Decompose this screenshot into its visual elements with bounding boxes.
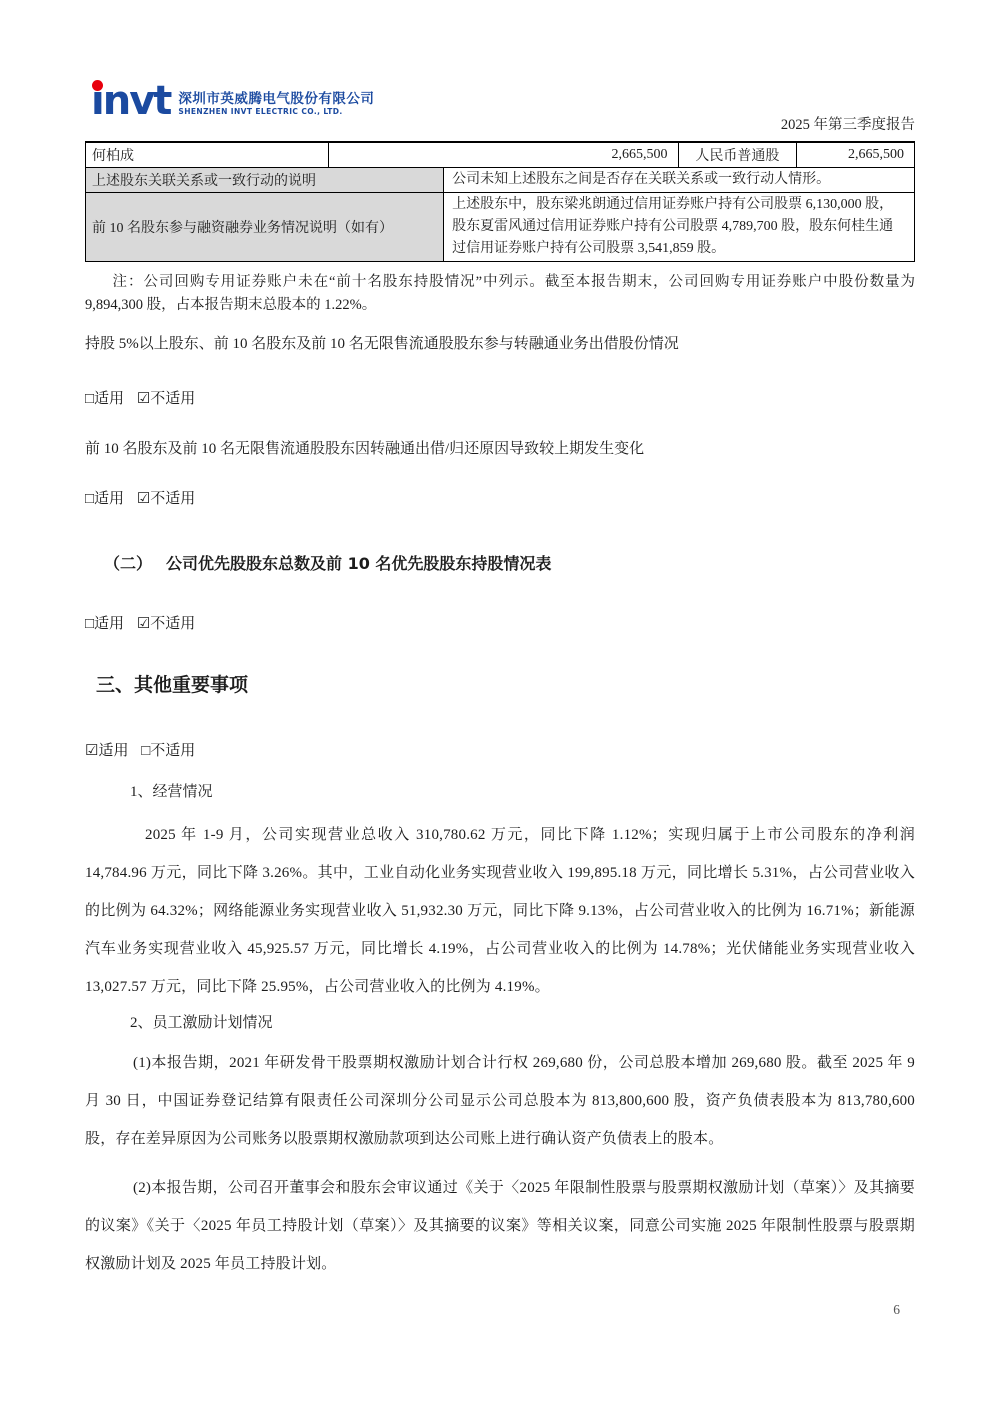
checkbox-not-apply-unchecked: □不适用 — [141, 743, 195, 759]
company-name-cn: 深圳市英威腾电气股份有限公司 — [178, 92, 374, 107]
checkbox-group-other-matters: ☑适用 □不适用 — [85, 741, 915, 761]
holder-pledge-shares-cell: 2,665,500 — [796, 143, 914, 167]
lending-statement: 持股 5%以上股东、前 10 名股东及前 10 名无限售流通股股东参与转融通业务… — [85, 334, 915, 354]
checkbox-group-change: □适用 ☑不适用 — [85, 489, 915, 509]
list-item-operating: 1、经营情况 — [85, 782, 915, 802]
incentive-paragraph-2: (2)本报告期，公司召开董事会和股东会审议通过《关于〈2025 年限制性股票与股… — [85, 1169, 915, 1283]
checkbox-apply-unchecked: □适用 — [85, 491, 124, 507]
table-row-margin-business: 前 10 名股东参与融资融券业务情况说明（如有） 上述股东中，股东梁兆朗通过信用… — [86, 193, 914, 261]
section-heading-preferred-shareholders: （二）公司优先股股东总数及前 10 名优先股股东持股情况表 — [85, 551, 915, 574]
operating-results-paragraph: 2025 年 1-9 月，公司实现营业总收入 310,780.62 万元，同比下… — [85, 816, 915, 1006]
section-heading-other-matters: 三、其他重要事项 — [85, 670, 915, 697]
invt-logo-wordmark: invt — [91, 86, 170, 116]
change-statement: 前 10 名股东及前 10 名无限售流通股股东因转融通出借/归还原因导致较上期发… — [85, 439, 915, 459]
checkbox-apply-unchecked: □适用 — [85, 616, 124, 632]
holder-name-cell: 何柏成 — [86, 143, 328, 167]
page-content: invt 深圳市英威腾电气股份有限公司 SHENZHEN INVT ELECTR… — [0, 86, 1000, 1283]
section-number: （二） — [104, 554, 152, 573]
holder-shares-cell: 2,665,500 — [328, 143, 677, 167]
invt-logo: invt 深圳市英威腾电气股份有限公司 SHENZHEN INVT ELECTR… — [91, 86, 374, 116]
checkbox-group-lending: □适用 ☑不适用 — [85, 389, 915, 409]
table-row-holder: 何柏成 2,665,500 人民币普通股 2,665,500 — [86, 143, 914, 168]
page-header: invt 深圳市英威腾电气股份有限公司 SHENZHEN INVT ELECTR… — [85, 86, 915, 136]
checkbox-not-apply-checked: ☑不适用 — [137, 391, 195, 407]
checkbox-group-preferred: □适用 ☑不适用 — [85, 614, 915, 634]
checkbox-apply-unchecked: □适用 — [85, 391, 124, 407]
incentive-paragraph-1: (1)本报告期，2021 年研发骨干股票期权激励计划合计行权 269,680 份… — [85, 1044, 915, 1158]
relation-label-cell: 上述股东关联关系或一致行动的说明 — [86, 168, 443, 192]
checkbox-apply-checked: ☑适用 — [85, 743, 128, 759]
company-name-en: SHENZHEN INVT ELECTRIC CO., LTD. — [178, 107, 374, 116]
page-number: 6 — [893, 1302, 900, 1318]
logo-red-dot-icon — [92, 80, 103, 91]
table-row-relation: 上述股东关联关系或一致行动的说明 公司未知上述股东之间是否存在关联关系或一致行动… — [86, 168, 914, 193]
company-name-block: 深圳市英威腾电气股份有限公司 SHENZHEN INVT ELECTRIC CO… — [178, 86, 374, 116]
section-title-text: 公司优先股股东总数及前 10 名优先股股东持股情况表 — [166, 554, 551, 573]
repurchase-note-paragraph: 注：公司回购专用证券账户未在“前十名股东持股情况”中列示。截至本报告期末，公司回… — [85, 271, 915, 317]
shareholder-table: 何柏成 2,665,500 人民币普通股 2,665,500 上述股东关联关系或… — [85, 141, 915, 262]
margin-label-cell: 前 10 名股东参与融资融券业务情况说明（如有） — [86, 193, 443, 261]
margin-value-cell: 上述股东中，股东梁兆朗通过信用证券账户持有公司股票 6,130,000 股，股东… — [443, 193, 914, 261]
report-page: invt 深圳市英威腾电气股份有限公司 SHENZHEN INVT ELECTR… — [0, 0, 1000, 1414]
report-title: 2025 年第三季度报告 — [781, 113, 915, 134]
checkbox-not-apply-checked: ☑不适用 — [137, 491, 195, 507]
relation-value-cell: 公司未知上述股东之间是否存在关联关系或一致行动人情形。 — [443, 168, 914, 192]
list-item-incentive: 2、员工激励计划情况 — [85, 1013, 915, 1033]
checkbox-not-apply-checked: ☑不适用 — [137, 616, 195, 632]
holder-share-type-cell: 人民币普通股 — [678, 143, 797, 167]
